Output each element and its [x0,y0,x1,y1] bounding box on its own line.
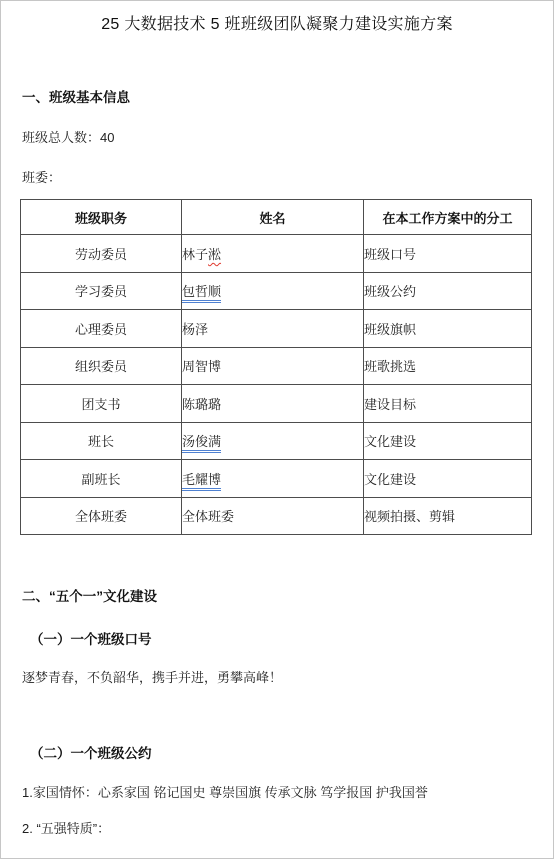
class-size-line: 班级总人数：40 [22,129,553,147]
cell-duty: 班级旗帜 [364,310,532,348]
cell-name: 汤俊满 [182,422,364,460]
section-heading-culture: 二、“五个一”文化建设 [22,587,553,606]
cell-role: 心理委员 [21,310,182,348]
table-row: 学习委员 包哲顺 班级公约 [21,272,532,310]
spellcheck-wavy-text: 淞 [208,247,221,262]
table-row: 团支书 陈璐璐 建设目标 [21,385,532,423]
cell-duty: 文化建设 [364,460,532,498]
table-row: 组织委员 周智博 班歌挑选 [21,347,532,385]
table-header-row: 班级职务 姓名 在本工作方案中的分工 [21,200,532,235]
cell-duty: 视频拍摄、剪辑 [364,497,532,535]
committee-table: 班级职务 姓名 在本工作方案中的分工 劳动委员 林子淞 班级口号 学习委员 包哲… [20,199,532,535]
section-heading-basic-info: 一、班级基本信息 [22,88,553,107]
cell-role: 组织委员 [21,347,182,385]
cell-duty: 文化建设 [364,422,532,460]
cell-role: 团支书 [21,385,182,423]
grammar-underline-text: 包哲顺 [182,284,221,303]
cell-duty: 班级口号 [364,235,532,273]
cell-name: 杨泽 [182,310,364,348]
table-row: 心理委员 杨泽 班级旗帜 [21,310,532,348]
cell-duty: 班级公约 [364,272,532,310]
committee-label: 班委： [22,169,553,187]
column-header-duty: 在本工作方案中的分工 [364,200,532,235]
grammar-underline-text: 汤俊满 [182,434,221,453]
cell-name: 周智博 [182,347,364,385]
cell-duty: 建设目标 [364,385,532,423]
cell-role: 全体班委 [21,497,182,535]
cell-name: 全体班委 [182,497,364,535]
cell-name: 毛耀博 [182,460,364,498]
name-text: 林子 [182,247,208,262]
table-row: 副班长 毛耀博 文化建设 [21,460,532,498]
convention-item-1: 1.家国情怀：心系家国 铭记国史 尊崇国旗 传承文脉 笃学报国 护我国誉 [22,784,553,802]
cell-duty: 班歌挑选 [364,347,532,385]
column-header-role: 班级职务 [21,200,182,235]
grammar-underline-text: 毛耀博 [182,472,221,491]
cell-name: 林子淞 [182,235,364,273]
table-row: 班长 汤俊满 文化建设 [21,422,532,460]
convention-item-2: 2. “五强特质”： [22,820,553,838]
document-title: 25 大数据技术 5 班班级团队凝聚力建设实施方案 [11,14,543,36]
cell-name: 陈璐璐 [182,385,364,423]
table-row: 劳动委员 林子淞 班级口号 [21,235,532,273]
column-header-name: 姓名 [182,200,364,235]
cell-role: 学习委员 [21,272,182,310]
document-page: 25 大数据技术 5 班班级团队凝聚力建设实施方案 一、班级基本信息 班级总人数… [0,0,554,859]
subsection-heading-slogan: （一）一个班级口号 [30,630,553,649]
cell-role: 劳动委员 [21,235,182,273]
subsection-heading-convention: （二）一个班级公约 [30,744,553,763]
cell-role: 班长 [21,422,182,460]
cell-role: 副班长 [21,460,182,498]
cell-name: 包哲顺 [182,272,364,310]
slogan-text: 逐梦青春，不负韶华，携手并进，勇攀高峰！ [22,669,553,687]
table-row: 全体班委 全体班委 视频拍摄、剪辑 [21,497,532,535]
